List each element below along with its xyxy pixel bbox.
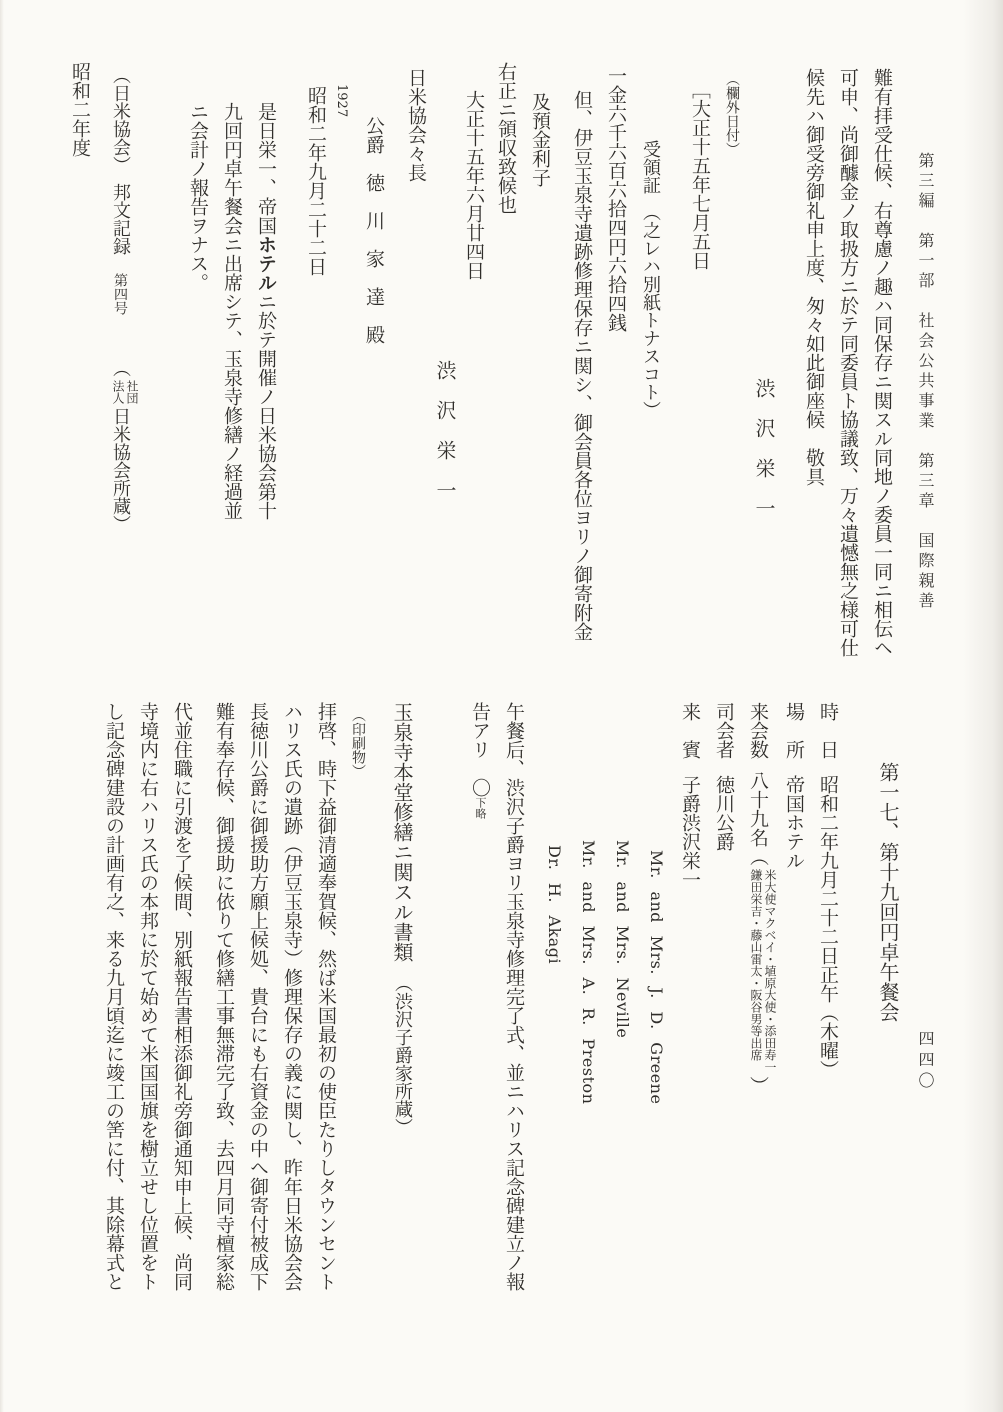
meeting-place-row: 場 所帝国ホテル <box>777 700 811 1355</box>
diary-line-1-post: ニ於テ開催ノ日米協会第十 <box>255 292 277 520</box>
diary-line-1: 是日栄一、帝国ホテルニ於テ開催ノ日米協会第十 <box>249 60 283 682</box>
source-title: （日米協会） 邦文記録 <box>110 66 131 255</box>
source-number: 第四号 <box>112 273 128 315</box>
fiscal-year: 昭和二年度 <box>63 60 97 682</box>
warichu-left: 法人 <box>111 380 125 404</box>
source-paren-open: （ <box>110 359 131 377</box>
receipt-sender-title: 日米協会々長 <box>401 60 431 682</box>
top-section: 第三編 第一部 社会公共事業 第三章 国際親善 難有拝受仕候、右尊慮ノ趣ハ同保存… <box>63 60 945 682</box>
receipt-statement: 右正ニ領収致候也 <box>489 60 523 682</box>
print-note: （印刷物） <box>343 700 373 1355</box>
meeting-datetime-row: 時 日昭和二年九月二十二日正午（木曜） <box>811 700 845 1355</box>
letter-line-2: 可申、尚御醵金ノ取扱方ニ於テ同委員ト協議致、万々遺憾無之様可仕 <box>831 60 865 682</box>
warichu-right: 社団 <box>125 380 139 404</box>
receipt-proviso-1: 但、伊豆玉泉寺遺跡修理保存ニ関シ、御会員各位ヨリノ御寄附金 <box>565 60 599 682</box>
receipt-signature: 渋 沢 栄 一 <box>431 60 459 682</box>
diary-line-3: ニ会計ノ報告ヲナス。 <box>181 60 215 682</box>
spacer <box>758 759 759 771</box>
document-body-line: 拝啓、時下益御清適奉賀候、然ば米国最初の使臣たりしタウンセント <box>309 700 343 1355</box>
receipt-title: 受領証 （之レハ別紙トナスコト） <box>633 60 667 682</box>
attendance-label: 来会数 <box>747 702 769 759</box>
spacer <box>402 962 403 974</box>
spacer <box>690 759 691 775</box>
margin-date: ［大正十五年七月五日 <box>683 60 717 682</box>
documents-heading-column: 玉泉寺本堂修繕ニ関スル書類（渋沢子爵家所蔵） <box>385 700 419 1355</box>
guest-name-en: Mr. and Mrs. Neville <box>605 700 639 1355</box>
meeting-chair-row: 司会者徳川公爵 <box>707 700 741 1355</box>
document-body-line: ハリス氏の遺跡（伊豆玉泉寺）修理保存の義に関し、昨年日米協会会 <box>275 700 309 1355</box>
diary-line-1-emphasis: ホテル <box>255 235 277 292</box>
report-line-2: 告アリ 〇下略 <box>463 700 497 1355</box>
receipt-amount: 一金六千六百六拾四円六拾四銭 <box>599 60 633 682</box>
report-abbrev-note: 下略 <box>474 797 487 819</box>
attendance-value: 八十九名 <box>747 771 769 847</box>
scanned-book-page: { "header": { "running_head": "第三編 第一部 社… <box>0 0 1003 1412</box>
source-holder: 日米協会所蔵） <box>110 407 131 533</box>
running-head: 第三編 第一部 社会公共事業 第三章 国際親善 <box>905 60 945 682</box>
letter-signature: 渋 沢 栄 一 <box>747 60 781 682</box>
report-line-2-text: 告アリ 〇 <box>469 702 491 797</box>
attendance-note: 米大使マクベイ・埴原大使・添田寿一鎌田栄吉・藤山雷太・阪谷男等出席 <box>749 869 777 1073</box>
chair-label: 司会者 <box>713 702 735 759</box>
source-corporate-note: 社団法人 <box>111 380 139 404</box>
attendance-paren-close: ） <box>747 1076 769 1095</box>
bottom-section: 四四〇 第一七、第十九回円卓午餐会 時 日昭和二年九月二十二日正午（木曜） 場 … <box>97 700 945 1355</box>
diary-year-note: 1927 <box>333 60 349 682</box>
scan-edge-shadow <box>0 0 4 1412</box>
spacer <box>120 255 121 273</box>
meeting-heading: 第一七、第十九回円卓午餐会 <box>871 700 905 1355</box>
place-value: 帝国ホテル <box>783 775 805 870</box>
attendance-paren-open: （ <box>747 847 769 866</box>
receipt-date: 大正十五年六月廿四日 <box>459 60 489 682</box>
diary-line-2: 九回円卓午餐会ニ出席シテ、玉泉寺修繕ノ経過並 <box>215 60 249 682</box>
document-body-line: 代並住職に引渡を了候間、別紙報告書相添御礼旁御通知申上候、尚同 <box>165 700 199 1355</box>
guest-name-en: Dr. H. Akagi <box>537 700 571 1355</box>
documents-heading: 玉泉寺本堂修繕ニ関スル書類 <box>390 702 414 962</box>
meeting-guest-row: 来 賓子爵渋沢栄一 <box>673 700 707 1355</box>
meeting-attendance-row: 来会数八十九名（米大使マクベイ・埴原大使・添田寿一鎌田栄吉・藤山雷太・阪谷男等出… <box>741 700 777 1355</box>
place-label: 場 所 <box>783 702 805 759</box>
diary-line-1-pre: 是日栄一、帝国 <box>255 102 277 235</box>
letter-line-1: 難有拝受仕候、右尊慮ノ趣ハ同保存ニ関スル同地ノ委員一同ニ相伝ヘ <box>865 60 899 682</box>
receipt-addressee: 公爵 徳 川 家 達 殿 <box>357 60 391 682</box>
guest-name-en: Mr. and Mrs. J. D. Greene <box>639 700 673 1355</box>
source-note-column: （日米協会） 邦文記録第四号（社団法人日米協会所蔵） <box>103 60 139 682</box>
spacer <box>828 759 829 775</box>
spacer <box>724 759 725 775</box>
documents-source: （渋沢子爵家所蔵） <box>392 974 413 1136</box>
warichu-left: 鎌田栄吉・藤山雷太・阪谷男等出席 <box>749 869 763 1073</box>
receipt-proviso-2: 及預金利子 <box>523 60 557 682</box>
guest-value: 子爵渋沢栄一 <box>679 775 701 889</box>
datetime-label: 時 日 <box>817 702 839 759</box>
margin-date-note: （欄外日付） <box>717 60 747 682</box>
chair-value: 徳川公爵 <box>713 775 735 851</box>
warichu-right: 米大使マクベイ・埴原大使・添田寿一 <box>763 869 777 1073</box>
document-body-line: 難有奉存候、御援助に依りて修繕工事無滞完了致、去四月同寺檀家総 <box>207 700 241 1355</box>
document-body-line: 寺境内に右ハリス氏の本邦に於て始めて米国国旗を樹立せし位置をト <box>131 700 165 1355</box>
guest-name-en: Mr. and Mrs. A. R. Preston <box>571 700 605 1355</box>
guest-label: 来 賓 <box>679 702 701 759</box>
letter-line-3: 候先ハ御受旁御礼申上度、匆々如此御座候 敬具 <box>797 60 831 682</box>
datetime-value: 昭和二年九月二十二日正午（木曜） <box>817 775 839 1079</box>
document-body-line: し記念碑建設の計画有之、来る九月頃迄に竣工の筈に付、其除幕式と <box>97 700 131 1355</box>
spacer <box>794 759 795 775</box>
diary-date: 昭和二年九月二十二日 <box>299 60 333 682</box>
spacer <box>120 315 121 359</box>
document-body-line: 長徳川公爵に御援助方願上候処、貴台にも右資金の中へ御寄付被成下 <box>241 700 275 1355</box>
page-number: 四四〇 <box>905 700 945 1355</box>
report-line-1: 午餐后、渋沢子爵ヨリ玉泉寺修理完了式、並ニハリス記念碑建立ノ報 <box>497 700 531 1355</box>
